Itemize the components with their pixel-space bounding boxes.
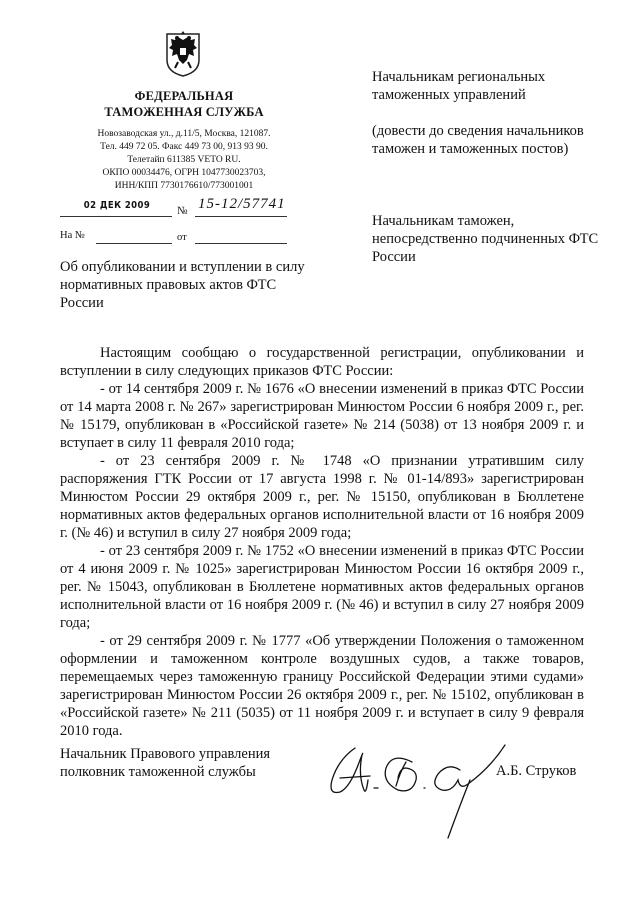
organization-contacts: Новозаводская ул., д.11/5, Москва, 12108… — [60, 128, 308, 193]
signer-position-line-2: полковник таможенной службы — [60, 763, 270, 781]
body-item: - от 23 сентября 2009 г. № 1752 «О внесе… — [60, 542, 584, 632]
in-reply-number-field — [96, 243, 172, 244]
registration-number-label: № — [177, 205, 188, 217]
addressee-note: (довести до сведения начальников таможен… — [372, 122, 612, 158]
addressee-customs: Начальникам таможен, непосредственно под… — [372, 212, 612, 266]
coat-of-arms-icon — [163, 30, 203, 78]
from-date-field — [195, 243, 287, 244]
org-name-line-2: ТАМОЖЕННАЯ СЛУЖБА — [60, 104, 308, 120]
letter-subject: Об опубликовании и вступлении в силу нор… — [60, 258, 310, 312]
okpo-ogrn: ОКПО 00034476, ОГРН 1047730023703, — [60, 167, 308, 180]
letter-body: Настоящим сообщаю о государственной реги… — [60, 344, 584, 740]
addressee-regional: Начальникам региональных таможенных упра… — [372, 68, 612, 104]
registration-number: 15-12/57741 — [198, 196, 286, 213]
number-underline — [195, 216, 287, 217]
organization-name: ФЕДЕРАЛЬНАЯ ТАМОЖЕННАЯ СЛУЖБА — [60, 88, 308, 120]
org-name-line-1: ФЕДЕРАЛЬНАЯ — [60, 88, 308, 104]
from-date-label: от — [177, 232, 187, 243]
body-item: - от 14 сентября 2009 г. № 1676 «О внесе… — [60, 380, 584, 452]
date-underline — [60, 216, 172, 217]
handwritten-signature-icon — [320, 720, 510, 840]
address: Новозаводская ул., д.11/5, Москва, 12108… — [60, 128, 308, 141]
phone-fax: Тел. 449 72 05. Факс 449 73 00, 913 93 9… — [60, 141, 308, 154]
signer-position: Начальник Правового управления полковник… — [60, 745, 270, 781]
body-item: - от 23 сентября 2009 г. № 1748 «О призн… — [60, 452, 584, 542]
inn-kpp: ИНН/КПП 7730176610/773001001 — [60, 180, 308, 193]
signer-position-line-1: Начальник Правового управления — [60, 745, 270, 763]
teletype: Телетайп 611385 VETO RU. — [60, 154, 308, 167]
body-intro: Настоящим сообщаю о государственной реги… — [60, 344, 584, 380]
registration-date: 02 ДЕК 2009 — [74, 200, 161, 211]
signer-name: А.Б. Струков — [496, 763, 576, 780]
in-reply-number-label: На № — [60, 230, 85, 241]
